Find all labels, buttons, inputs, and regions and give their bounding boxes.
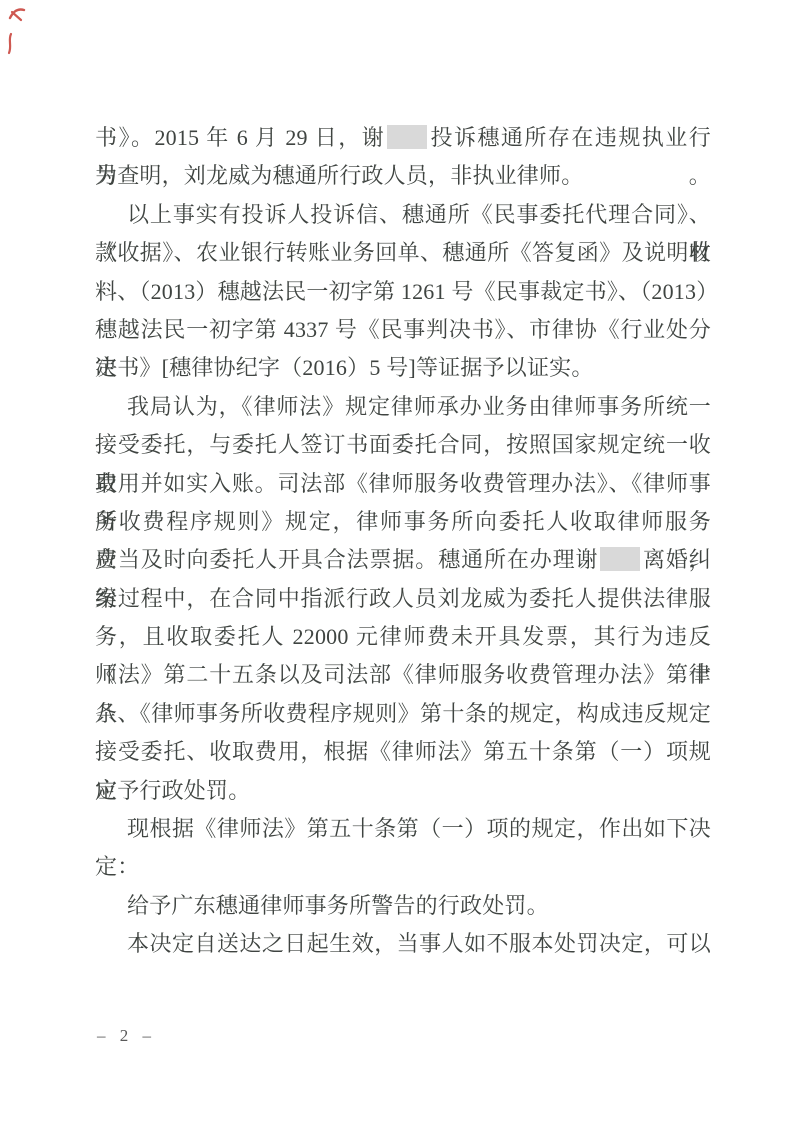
text-line: 料、（2013）穗越法民一初字第 1261 号《民事裁定书》、（2013） [95,273,711,311]
document-body: 书》。2015 年 6 月 29 日，谢投诉穗通所存在违规执业行为。另查明，刘龙… [95,119,711,964]
redaction-box [600,547,640,571]
text-run: 定书》[穗律协纪字（2016）5 号]等证据予以证实。 [95,355,594,380]
text-run: 另查明，刘龙威为穗通所行政人员，非执业律师。 [95,163,583,188]
text-line: 定书》[穗律协纪字（2016）5 号]等证据予以证实。 [95,349,711,387]
text-line: 务，且收取委托人 22000 元律师费未开具发票，其行为违反《律 [95,618,711,656]
text-line: 接受委托、收取费用，根据《律师法》第五十条第（一）项规定 [95,733,711,771]
red-ink-mark [3,32,18,56]
text-line: 穗越法民一初字第 4337 号《民事判决书》、市律协《行业处分决 [95,311,711,349]
text-run: 应当及时向委托人开具合法票据。穗通所在办理谢 [95,547,598,572]
text-line: 给予广东穗通律师事务所警告的行政处罚。 [95,887,711,925]
text-line: 款收据》、农业银行转账业务回单、穗通所《答复函》及说明材 [95,234,711,272]
text-run: 书》。2015 年 6 月 29 日，谢 [95,125,385,150]
text-run: 案过程中，在合同中指派行政人员刘龙威为委托人提供法律服 [95,586,711,611]
text-run: 给予广东穗通律师事务所警告的行政处罚。 [127,893,549,918]
text-line: 应予行政处罚。 [95,772,711,810]
text-run: 应予行政处罚。 [95,778,250,803]
text-line: 现根据《律师法》第五十条第（一）项的规定，作出如下决 [95,810,711,848]
text-run: 条、《律师事务所收费程序规则》第十条的规定，构成违反规定 [95,701,711,726]
text-line: 应当及时向委托人开具合法票据。穗通所在办理谢离婚纠纷 [95,541,711,579]
text-line: 条、《律师事务所收费程序规则》第十条的规定，构成违反规定 [95,695,711,733]
text-line: 费用并如实入账。司法部《律师服务收费管理办法》、《律师事务 [95,465,711,503]
document-page: 书》。2015 年 6 月 29 日，谢投诉穗通所存在违规执业行为。另查明，刘龙… [0,0,800,1130]
text-line: 我局认为，《律师法》规定律师承办业务由律师事务所统一 [95,388,711,426]
text-line: 定： [95,848,711,886]
text-run: 我局认为，《律师法》规定律师承办业务由律师事务所统一 [127,394,711,419]
text-run: 本决定自送达之日起生效，当事人如不服本处罚决定，可以 [127,931,711,956]
text-line: 师法》第二十五条以及司法部《律师服务收费管理办法》第十八 [95,656,711,694]
text-run: 定： [95,854,139,879]
text-run: 料、（2013）穗越法民一初字第 1261 号《民事裁定书》、（2013） [95,279,718,304]
page-number: – 2 – [97,1026,156,1046]
text-line: 以上事实有投诉人投诉信、穗通所《民事委托代理合同》、《收 [95,196,711,234]
text-line: 本决定自送达之日起生效，当事人如不服本处罚决定，可以 [95,925,711,963]
red-ink-mark [7,4,29,24]
text-run: 现根据《律师法》第五十条第（一）项的规定，作出如下决 [127,816,711,841]
text-line: 所收费程序规则》规定，律师事务所向委托人收取律师服务费， [95,503,711,541]
redaction-box [387,125,427,149]
text-run: 款收据》、农业银行转账业务回单、穗通所《答复函》及说明材 [95,240,711,265]
text-line: 接受委托，与委托人签订书面委托合同，按照国家规定统一收取 [95,426,711,464]
text-line: 书》。2015 年 6 月 29 日，谢投诉穗通所存在违规执业行为。 [95,119,711,157]
text-line: 案过程中，在合同中指派行政人员刘龙威为委托人提供法律服 [95,580,711,618]
